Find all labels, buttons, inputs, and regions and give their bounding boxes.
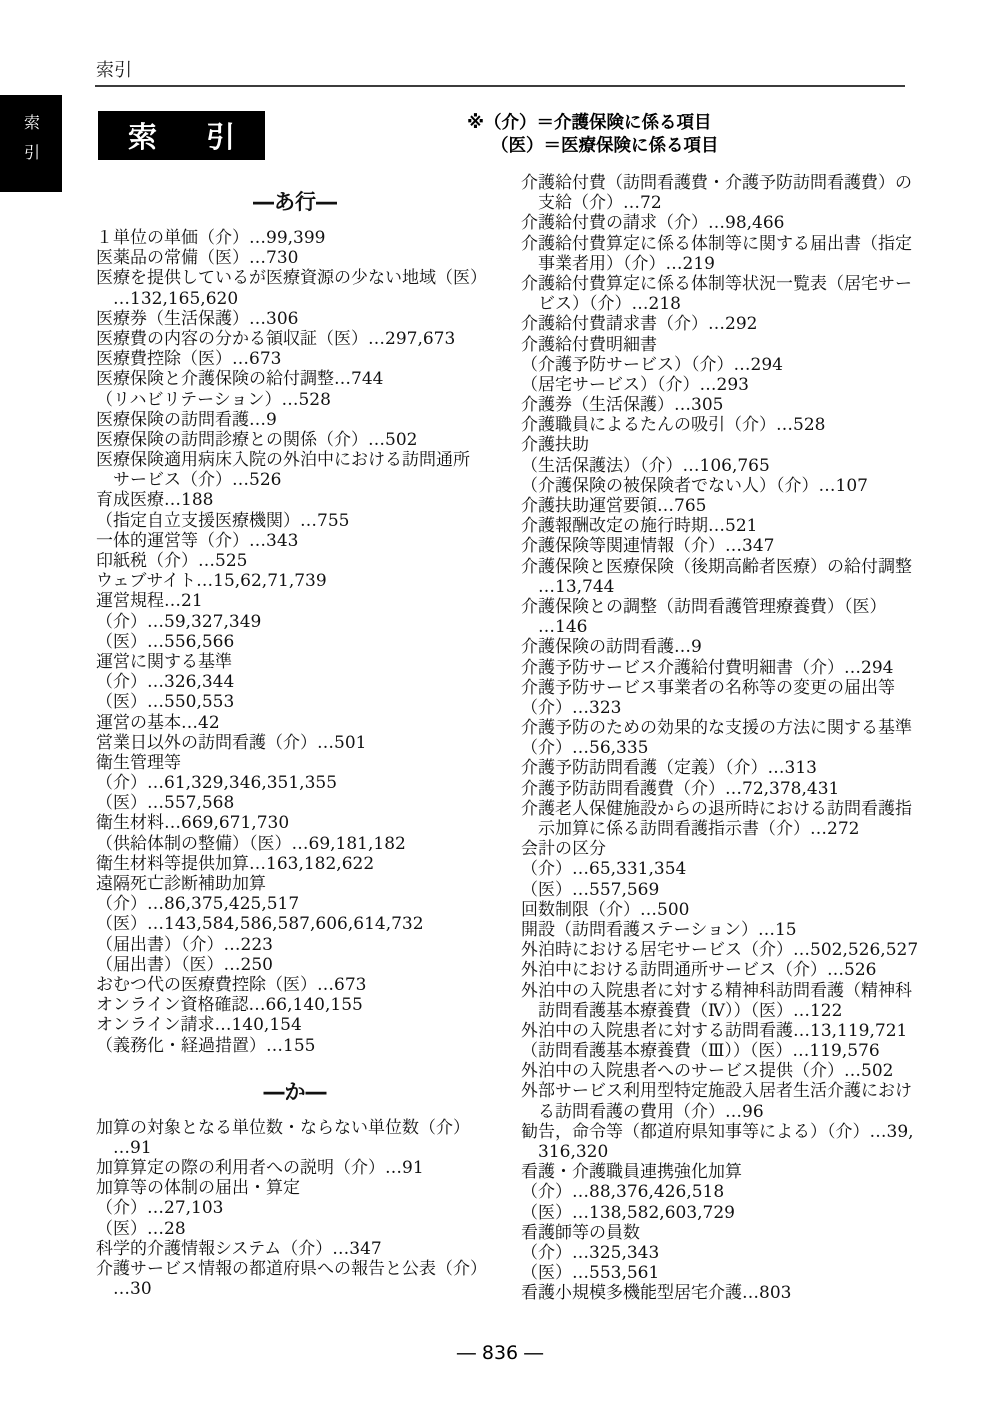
index-entry: 介護予防のための効果的な支援の方法に関する基準 [521,718,919,738]
index-entry: ビス）（介）…218 [521,294,919,314]
index-entry: （介）…323 [521,698,919,718]
edge-tab: 索引 [0,95,62,192]
index-entry: （介）…59,327,349 [96,612,494,632]
index-entry: 介護給付費明細書 [521,335,919,355]
index-entry: …13,744 [521,577,919,597]
index-entry: …91 [96,1138,494,1158]
index-entry: （供給体制の整備）（医）…69,181,182 [96,834,494,854]
index-entry: （届出書）（介）…223 [96,935,494,955]
index-entry: 外泊中の入院患者へのサービス提供（介）…502 [521,1061,919,1081]
index-entry: （医）…143,584,586,587,606,614,732 [96,914,494,934]
index-entry: （介）…326,344 [96,672,494,692]
header-rule [95,85,905,87]
index-entry: 介護保険等関連情報（介）…347 [521,536,919,556]
index-entry: …146 [521,617,919,637]
index-entry: （医）…557,568 [96,793,494,813]
index-entry: 介護保険との調整（訪問看護管理療養費）（医） [521,597,919,617]
index-entry: （届出書）（医）…250 [96,955,494,975]
index-entry: 介護給付費（訪問看護費・介護予防訪問看護費）の [521,173,919,193]
page-title-box: 索 引 [98,111,265,160]
index-entry: 看護・介護職員連携強化加算 [521,1162,919,1182]
index-entry: （医）…557,569 [521,880,919,900]
index-entry: 医薬品の常備（医）…730 [96,248,494,268]
index-entry: オンライン請求…140,154 [96,1015,494,1035]
index-entry: 外部サービス利用型特定施設入居者生活介護におけ [521,1081,919,1101]
index-entry: 看護小規模多機能型居宅介護…803 [521,1283,919,1303]
index-entry: 医療保険と介護保険の給付調整…744 [96,369,494,389]
index-entry: 運営に関する基準 [96,652,494,672]
index-entry: 介護報酬改定の施行時期…521 [521,516,919,536]
index-entry: 衛生材料等提供加算…163,182,622 [96,854,494,874]
index-entry: …30 [96,1279,494,1299]
index-entry: 介護券（生活保護）…305 [521,395,919,415]
index-entry: １単位の単価（介）…99,399 [96,228,494,248]
index-entry: 介護職員によるたんの吸引（介）…528 [521,415,919,435]
index-entry: 科学的介護情報システム（介）…347 [96,1239,494,1259]
legend-note-line2: （医）＝医療保険に係る項目 [491,135,719,158]
index-column-right: 介護給付費（訪問看護費・介護予防訪問看護費）の支給（介）…72介護給付費の請求（… [521,173,919,1304]
running-head: 索引 [96,56,132,82]
index-entry: （介）…65,331,354 [521,859,919,879]
index-entry: 介護保険の訪問看護…9 [521,637,919,657]
index-entry: 医療費の内容の分かる領収証（医）…297,673 [96,329,494,349]
legend-note-line1: ※（介）＝介護保険に係る項目 [467,112,719,135]
index-entry: 勧告，命令等（都道府県知事等による）（介）…39, [521,1122,919,1142]
index-entry: 支給（介）…72 [521,193,919,213]
index-entry: （介）…88,376,426,518 [521,1182,919,1202]
index-page: 索引 索引 索 引 ※（介）＝介護保険に係る項目 （医）＝医療保険に係る項目 ―… [0,0,1000,1412]
index-entry: （介）…86,375,425,517 [96,894,494,914]
index-entry: 介護給付費算定に係る体制等状況一覧表（居宅サー [521,274,919,294]
index-entry: 介護扶助運営要領…765 [521,496,919,516]
index-entry: サービス（介）…526 [96,470,494,490]
index-entry: …132,165,620 [96,289,494,309]
index-entry: （介）…61,329,346,351,355 [96,773,494,793]
edge-tab-label: 索引 [20,114,43,174]
index-entry: （介護保険の被保険者でない人）（介）…107 [521,476,919,496]
index-entry: （医）…550,553 [96,692,494,712]
index-entry: 介護予防訪問看護費（介）…72,378,431 [521,779,919,799]
index-entry: 運営の基本…42 [96,713,494,733]
index-entry: 加算算定の際の利用者への説明（介）…91 [96,1158,494,1178]
index-entry: 介護給付費請求書（介）…292 [521,314,919,334]
index-entry: 衛生管理等 [96,753,494,773]
index-entry: 衛生材料…669,671,730 [96,813,494,833]
index-entry: （医）…28 [96,1219,494,1239]
index-entry: 介護予防訪問看護（定義）（介）…313 [521,758,919,778]
index-entry: おむつ代の医療費控除（医）…673 [96,975,494,995]
index-entry: 介護予防サービス事業者の名称等の変更の届出等 [521,678,919,698]
index-entry: 介護給付費算定に係る体制等に関する届出書（指定 [521,234,919,254]
index-entry: 介護予防サービス介護給付費明細書（介）…294 [521,658,919,678]
index-column-left: ―あ行―１単位の単価（介）…99,399医薬品の常備（医）…730医療を提供して… [96,190,494,1299]
index-entry: 事業者用）（介）…219 [521,254,919,274]
index-entry: （指定自立支援医療機関）…755 [96,511,494,531]
index-entry: オンライン資格確認…66,140,155 [96,995,494,1015]
page-title: 索 引 [118,115,245,156]
index-entry: 介護サービス情報の都道府県への報告と公表（介） [96,1259,494,1279]
index-entry: （生活保護法）（介）…106,765 [521,456,919,476]
index-entry: 医療保険適用病床入院の外泊中における訪問通所 [96,450,494,470]
index-entry: 医療を提供しているが医療資源の少ない地域（医） [96,268,494,288]
index-entry: る訪問看護の費用（介）…96 [521,1102,919,1122]
index-entry: 介護老人保健施設からの退所時における訪問看護指 [521,799,919,819]
index-entry: ウェブサイト…15,62,71,739 [96,571,494,591]
index-entry: （医）…138,582,603,729 [521,1203,919,1223]
index-entry: （医）…553,561 [521,1263,919,1283]
index-entry: （義務化・経過措置）…155 [96,1036,494,1056]
index-entry: 会計の区分 [521,839,919,859]
index-entry: 外泊中の入院患者に対する精神科訪問看護（精神科 [521,981,919,1001]
index-entry: （介）…27,103 [96,1198,494,1218]
index-entry: 316,320 [521,1142,919,1162]
index-entry: 加算等の体制の届出・算定 [96,1178,494,1198]
index-entry: 医療費控除（医）…673 [96,349,494,369]
index-entry: （居宅サービス）（介）…293 [521,375,919,395]
index-entry: 一体的運営等（介）…343 [96,531,494,551]
index-entry: 外泊時における居宅サービス（介）…502,526,527 [521,940,919,960]
index-entry: 介護扶助 [521,435,919,455]
index-entry: 医療保険の訪問看護…9 [96,410,494,430]
legend-note: ※（介）＝介護保険に係る項目 （医）＝医療保険に係る項目 [467,112,719,158]
index-entry: 外泊中における訪問通所サービス（介）…526 [521,960,919,980]
index-entry: （リハビリテーション）…528 [96,390,494,410]
index-entry: 介護給付費の請求（介）…98,466 [521,213,919,233]
section-heading: ―か― [96,1080,494,1104]
index-entry: 運営規程…21 [96,591,494,611]
index-entry: （介）…56,335 [521,738,919,758]
index-entry: 医療保険の訪問診療との関係（介）…502 [96,430,494,450]
index-entry: 外泊中の入院患者に対する訪問看護…13,119,721 [521,1021,919,1041]
index-entry: 医療券（生活保護）…306 [96,309,494,329]
index-entry: （介）…325,343 [521,1243,919,1263]
index-entry: （訪問看護基本療養費（Ⅲ））（医）…119,576 [521,1041,919,1061]
index-entry: （介護予防サービス）（介）…294 [521,355,919,375]
index-entry: 看護師等の員数 [521,1223,919,1243]
index-entry: 育成医療…188 [96,490,494,510]
index-entry: 遠隔死亡診断補助加算 [96,874,494,894]
page-number: ― 836 ― [0,1342,1000,1364]
index-entry: （医）…556,566 [96,632,494,652]
index-entry: 介護保険と医療保険（後期高齢者医療）の給付調整 [521,557,919,577]
index-entry: 印紙税（介）…525 [96,551,494,571]
section-heading: ―あ行― [96,190,494,214]
index-entry: 示加算に係る訪問看護指示書（介）…272 [521,819,919,839]
index-entry: 開設（訪問看護ステーション）…15 [521,920,919,940]
index-entry: 加算の対象となる単位数・ならない単位数（介） [96,1118,494,1138]
index-entry: 営業日以外の訪問看護（介）…501 [96,733,494,753]
index-entry: 訪問看護基本療養費（Ⅳ））（医）…122 [521,1001,919,1021]
index-entry: 回数制限（介）…500 [521,900,919,920]
